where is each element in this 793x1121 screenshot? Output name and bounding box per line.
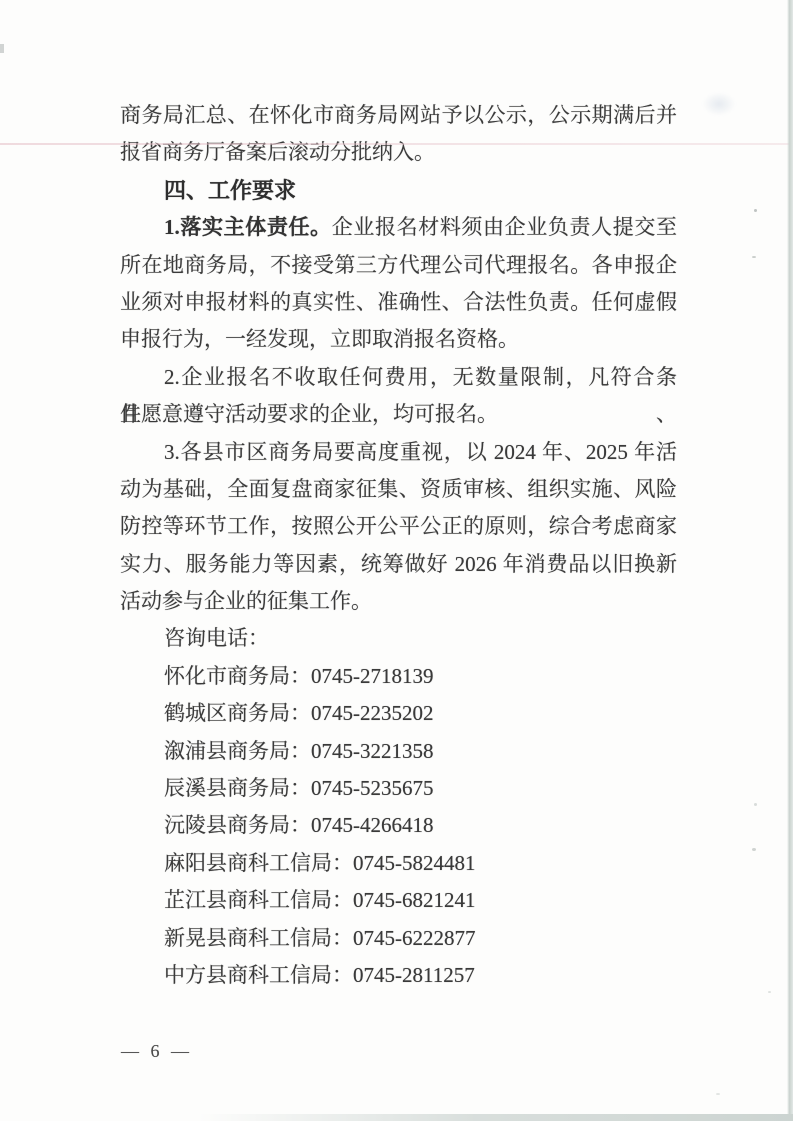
- section-heading: 四、工作要求: [120, 172, 677, 209]
- scan-edge-shadow-bottom: [0, 1114, 793, 1121]
- ink-speck: [716, 1093, 720, 1095]
- phone-line: 中方县商科工信局：0745-2811257: [120, 957, 677, 994]
- body-line: 活动参与企业的征集工作。: [120, 583, 677, 620]
- body-line: 商务局汇总、在怀化市商务局网站予以公示，公示期满后并: [120, 97, 677, 134]
- body-line: 3.各县市区商务局要高度重视，以 2024 年、2025 年活: [120, 434, 677, 471]
- body-line: 报省商务厅备案后滚动分批纳入。: [120, 134, 677, 171]
- body-line: 动为基础，全面复盘商家征集、资质审核、组织实施、风险: [120, 471, 677, 508]
- contact-heading: 咨询电话：: [120, 620, 677, 657]
- phone-line: 辰溪县商务局：0745-5235675: [120, 770, 677, 807]
- phone-line: 鹤城区商务局：0745-2235202: [120, 695, 677, 732]
- phone-line: 芷江县商科工信局：0745-6821241: [120, 882, 677, 919]
- body-line: 1.落实主体责任。企业报名材料须由企业负责人提交至: [120, 209, 677, 246]
- ink-speck: [754, 209, 757, 212]
- body-line: 业须对申报材料的真实性、准确性、合法性负责。任何虚假: [120, 284, 677, 321]
- body-line: 防控等环节工作，按照公开公平公正的原则，综合考虑商家: [120, 508, 677, 545]
- body-line: 实力、服务能力等因素，统筹做好 2026 年消费品以旧换新: [120, 546, 677, 583]
- scan-edge-shadow-right: [787, 0, 793, 1121]
- page-number: — 6 —: [118, 1038, 192, 1064]
- phone-line: 麻阳县商科工信局：0745-5824481: [120, 845, 677, 882]
- paragraph-lead: 1.落实主体责任。: [164, 215, 332, 239]
- phone-line: 新晃县商科工信局：0745-6222877: [120, 920, 677, 957]
- ink-speck: [0, 44, 4, 53]
- ink-speck: [768, 991, 771, 993]
- phone-line: 溆浦县商务局：0745-3221358: [120, 733, 677, 770]
- ink-speck: [752, 848, 756, 851]
- text-block: 商务局汇总、在怀化市商务局网站予以公示，公示期满后并 报省商务厅备案后滚动分批纳…: [120, 97, 677, 994]
- ink-speck: [752, 256, 756, 258]
- scanned-document-page: 商务局汇总、在怀化市商务局网站予以公示，公示期满后并 报省商务厅备案后滚动分批纳…: [0, 0, 793, 1121]
- ink-speck: [754, 803, 757, 806]
- phone-line: 怀化市商务局：0745-2718139: [120, 658, 677, 695]
- ink-smudge: [702, 92, 736, 116]
- phone-line: 沅陵县商务局：0745-4266418: [120, 807, 677, 844]
- body-line: 2.企业报名不收取任何费用，无数量限制，凡符合条件、: [120, 359, 677, 396]
- body-line: 所在地商务局，不接受第三方代理公司代理报名。各申报企: [120, 247, 677, 284]
- body-line: 申报行为，一经发现，立即取消报名资格。: [120, 321, 677, 358]
- paragraph-text: 企业报名材料须由企业负责人提交至: [332, 215, 677, 239]
